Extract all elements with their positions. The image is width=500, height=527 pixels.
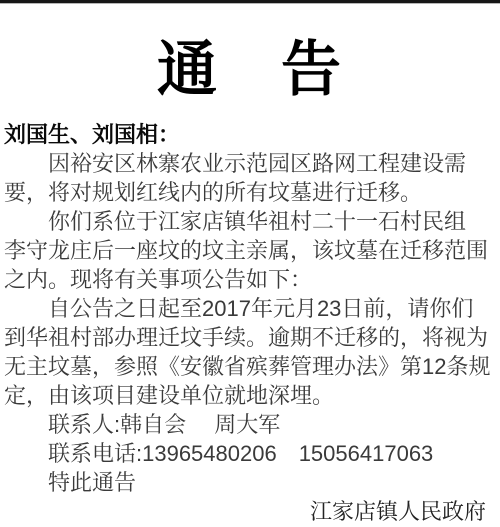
notice-contact-person-line: 联系人:韩自会 周大军 [4,410,494,439]
notice-line: 到华祖村部办理迁坟手续。逾期不迁移的，将视为 [4,323,494,352]
notice-line: 无主坟墓，参照《安徽省殡葬管理办法》第12条规 [4,352,494,381]
notice-line: 因裕安区林寨农业示范园区路网工程建设需 [4,149,494,178]
notice-title: 通 告 [0,38,500,102]
notice-closing-line: 特此通告 [4,468,494,497]
notice-line: 自公告之日起至2017年元月23日前，请你们 [4,294,494,323]
notice-salutation: 刘国生、刘国相： [4,120,494,149]
notice-line: 李守龙庄后一座坟的坟主亲属，该坟墓在迁移范围 [4,236,494,265]
notice-body: 刘国生、刘国相： 因裕安区林寨农业示范园区路网工程建设需 要，将对规划红线内的所… [0,120,500,526]
notice-signature: 江家店镇人民政府 [4,497,494,526]
notice-line: 你们系位于江家店镇华祖村二十一石村民组 [4,207,494,236]
notice-line: 之内。现将有关事项公告如下： [4,265,494,294]
top-divider-bar [0,0,500,4]
notice-contact-phone-line: 联系电话:13965480206 15056417063 [4,439,494,468]
notice-line: 要，将对规划红线内的所有坟墓进行迁移。 [4,178,494,207]
notice-line: 定，由该项目建设单位就地深埋。 [4,381,494,410]
